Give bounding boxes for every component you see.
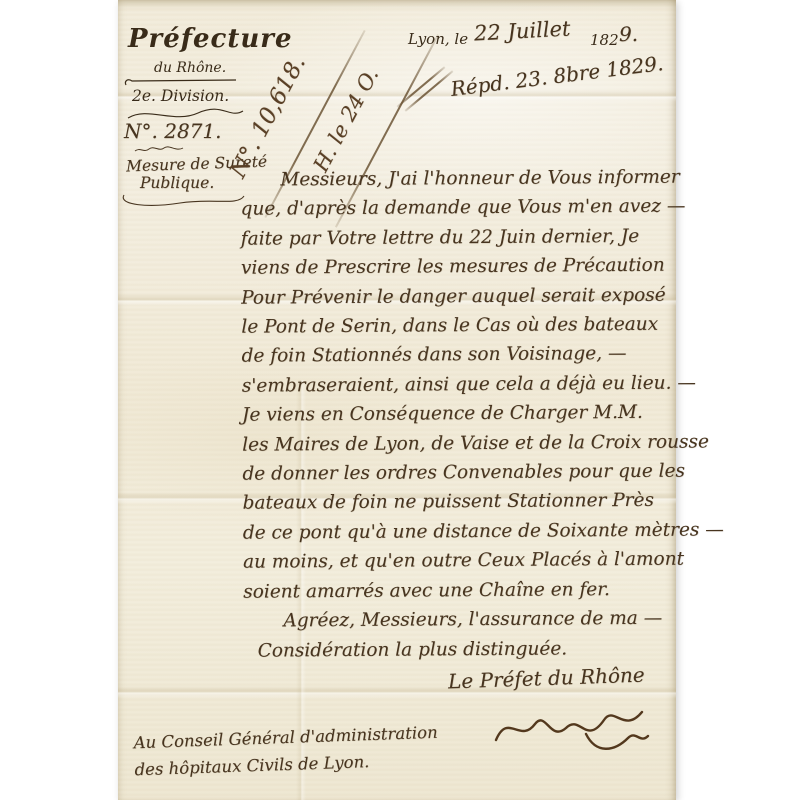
body-line: Agréez, Messieurs, l'assurance de ma — [243, 603, 724, 636]
body-line: Messieurs, J'ai l'honneur de Vous inform… [240, 162, 721, 195]
dateline-place-printed: Lyon, le [408, 30, 468, 48]
body-line: que, d'après la demande que Vous m'en av… [240, 192, 721, 225]
letterhead-dossier-number: N°. 2871. [124, 119, 221, 143]
letterhead-subject-line2: Publique. [140, 174, 214, 192]
signature-flourish-icon [490, 692, 655, 764]
body-line: viens de Prescrire les mesures de Précau… [241, 251, 722, 284]
body-line: s'embraseraient, ainsi que cela a déjà e… [242, 368, 723, 401]
reply-annotation: Répd. 23. 8bre 1829. [449, 51, 664, 101]
body-line: les Maires de Lyon, de Vaise et de la Cr… [242, 427, 723, 460]
body-line: Considération la plus distinguée. [244, 633, 725, 666]
body-line: Je viens en Conséquence de Charger M.M. [242, 398, 723, 431]
squiggle-divider-icon [134, 146, 184, 154]
dateline-year-printed: 182 [590, 31, 619, 49]
body-line: le Pont de Serin, dans le Cas où des bat… [241, 309, 722, 342]
letter-paper: Préfecture du Rhône. 2e. Division. N°. 2… [118, 0, 676, 800]
letterhead-office: Préfecture [128, 24, 293, 54]
letterhead-division: 2e. Division. [132, 87, 229, 105]
reply-slash-line [405, 70, 454, 111]
letter-body: Messieurs, J'ai l'honneur de Vous inform… [240, 162, 724, 665]
body-line: de ce pont qu'à une distance de Soixante… [243, 515, 724, 548]
body-line: de donner les ordres Convenables pour qu… [242, 456, 723, 489]
body-line: faite par Votre lettre du 22 Juin dernie… [241, 221, 722, 254]
dateline-year-digit: 9. [619, 22, 638, 46]
reply-slash-line [397, 66, 446, 107]
letterhead-region: du Rhône. [154, 60, 226, 76]
closing-signoff: Le Préfet du Rhône [448, 663, 645, 694]
body-line: de foin Stationnés dans son Voisinage, — [241, 339, 722, 372]
recipient-block: Au Conseil Général d'administration des … [133, 719, 439, 784]
dateline-day-month: 22 Juillet [473, 16, 570, 45]
body-line: soient amarrés avec une Chaîne en fer. [243, 574, 724, 607]
body-line: au moins, et qu'en outre Ceux Placés à l… [243, 545, 724, 578]
body-line: Pour Prévenir le danger auquel serait ex… [241, 280, 722, 313]
scanned-letter-page: Préfecture du Rhône. 2e. Division. N°. 2… [0, 0, 800, 800]
body-line: bateaux de foin ne puissent Stationner P… [243, 486, 724, 519]
